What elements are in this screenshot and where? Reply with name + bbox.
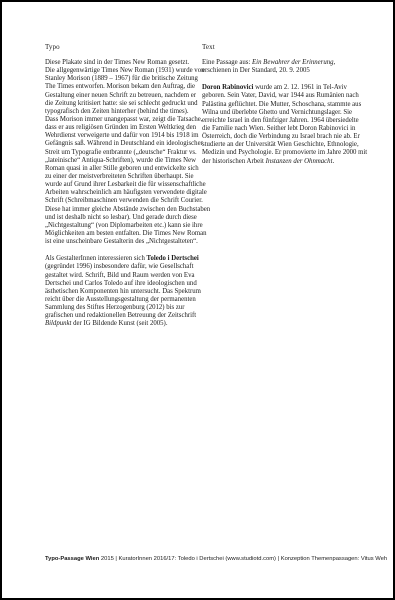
text-run: Diese Plakate sind in der Times New Roma… [45, 59, 189, 66]
text-run: studierte an der Universität Wien Geschi… [202, 141, 359, 148]
text-run: Gestaltung einer neuen Schrift zu betreu… [45, 92, 196, 99]
text-run: erreichte Israel in den fünfziger Jahren… [202, 117, 359, 124]
text-line: Diese hat immer gleiche Abstände zwische… [45, 206, 197, 214]
text-run: reicht über die Ausstellungsgestaltung d… [45, 296, 196, 303]
text-run: Diese hat immer gleiche Abstände zwische… [45, 206, 210, 213]
text-line: Österreich, doch die Verbindung zu Israe… [202, 133, 362, 141]
text-paragraph-1: Eine Passage aus: Ein Bewahrer der Erinn… [202, 59, 362, 75]
text-line: Diese Plakate sind in der Times New Roma… [45, 59, 197, 67]
text-line: Eine Passage aus: Ein Bewahrer der Erinn… [202, 59, 362, 67]
text-line: Dertschei und Carlos Toledo auf ihre ide… [45, 280, 197, 288]
text-run: Bildpunkt [45, 320, 71, 327]
text-line: Dass Morison immer unangepasst war, zeig… [45, 116, 197, 124]
text-run: . [332, 158, 334, 165]
text-run: grafischen und redaktionellen Betreuung … [45, 312, 196, 319]
text-line: Stanley Morison (1889 – 1967) für die br… [45, 75, 197, 83]
text-line: Wehrdienst verweigerte und dafür von 191… [45, 132, 197, 140]
left-column-header: Typo [45, 43, 197, 51]
right-column: Text Eine Passage aus: Ein Bewahrer der … [202, 43, 362, 166]
text-line: dass er aus religiösen Gründen im Ersten… [45, 124, 197, 132]
text-run: Doron Rabinovici [202, 84, 253, 91]
text-line: Doron Rabinovici wurde am 2. 12. 1961 in… [202, 84, 362, 92]
text-run: „Nichtgestaltung“ (von Diplomarbeiten et… [45, 222, 203, 229]
text-run: Instanzen der Ohnmacht [266, 158, 333, 165]
text-run: Eine Passage aus: [202, 59, 252, 66]
text-run: zu einer der meistverbreiteten Schriften… [45, 173, 194, 180]
footer-credits: Typo-Passage Wien 2015 | KuratorInnen 20… [45, 556, 387, 563]
text-line: und ist deshalb nicht so lesbar). Und ge… [45, 214, 197, 222]
text-run: Wilna und überlebte Ghetto und Vernichtu… [202, 109, 352, 116]
text-line: wurde auf Grund ihrer Lesbarkeit die für… [45, 181, 197, 189]
text-run: die Familie nach Wien. Seither lebt Doro… [202, 125, 355, 132]
text-line: die Zeitung kritisiert hatte: sie sei sc… [45, 100, 197, 108]
text-run: die Zeitung kritisiert hatte: sie sei sc… [45, 100, 198, 107]
right-column-header: Text [202, 43, 362, 51]
text-run: Ein Bewahrer der Erinnerung [252, 59, 334, 66]
text-line: Gestaltung einer neuen Schrift zu betreu… [45, 92, 197, 100]
text-run: (gegründet 1996) insbesondere dafür, wie… [45, 263, 193, 270]
document-page: Typo Diese Plakate sind in der Times New… [0, 0, 395, 600]
text-line: Palästina geflüchtet. Die Mutter, Schosc… [202, 101, 362, 109]
text-run: Roman quasi in aller Stille geboren und … [45, 165, 199, 172]
text-paragraph-2: Doron Rabinovici wurde am 2. 12. 1961 in… [202, 84, 362, 165]
text-line: gestaltet wird. Schrift, Bild und Raum w… [45, 272, 197, 280]
text-run: Sammlung des Stiftes Herzogenburg (2012)… [45, 304, 185, 311]
text-run: wurde am 2. 12. 1961 in Tel-Aviv [253, 84, 346, 91]
text-run: erschienen in Der Standard, 20. 9. 2005 [202, 67, 310, 74]
text-line: grafischen und redaktionellen Betreuung … [45, 312, 197, 320]
text-run: Österreich, doch die Verbindung zu Israe… [202, 133, 360, 140]
text-line: The Times entworfen. Morison bekam den A… [45, 83, 197, 91]
text-run: wurde auf Grund ihrer Lesbarkeit die für… [45, 181, 206, 188]
text-line: (gegründet 1996) insbesondere dafür, wie… [45, 263, 197, 271]
text-run: 2015 | KuratorInnen 2016/17: Toledo i De… [99, 556, 387, 562]
text-line: Roman quasi in aller Stille geboren und … [45, 165, 197, 173]
text-run: dass er aus religiösen Gründen im Ersten… [45, 124, 196, 131]
left-column: Typo Diese Plakate sind in der Times New… [45, 43, 197, 329]
text-run: , [334, 59, 336, 66]
text-line: erreichte Israel in den fünfziger Jahren… [202, 117, 362, 125]
text-line: Schrift (Schreibmaschinen verwenden die … [45, 197, 197, 205]
text-line: Streit um Typografie entbrannte („deutsc… [45, 149, 197, 157]
text-run: „lateinische“ Antiqua-Schriften), wurde … [45, 157, 196, 164]
text-run: Palästina geflüchtet. Die Mutter, Schosc… [202, 101, 361, 108]
text-line: zu einer der meistverbreiteten Schriften… [45, 173, 197, 181]
text-run: gestaltet wird. Schrift, Bild und Raum w… [45, 272, 195, 279]
text-run: Typo-Passage Wien [45, 556, 99, 562]
text-run: Toledo i Dertschei [147, 255, 199, 262]
text-line: Arbeiten wahrscheinlich am häufigsten ve… [45, 189, 197, 197]
text-line: Als GestalterInnen interessieren sich To… [45, 255, 197, 263]
text-run: Arbeiten wahrscheinlich am häufigsten ve… [45, 189, 207, 196]
text-run: Wehrdienst verweigerte und dafür von 191… [45, 132, 198, 139]
text-run: The Times entworfen. Morison bekam den A… [45, 83, 195, 90]
text-run: Dass Morison immer unangepasst war, zeig… [45, 116, 203, 123]
text-run: und ist deshalb nicht so lesbar). Und ge… [45, 214, 197, 221]
text-line: der historischen Arbeit Instanzen der Oh… [202, 158, 362, 166]
text-line: typografisch den Zeiten hinterher (behin… [45, 108, 197, 116]
text-run: Medizin und Psychologie. Er promovierte … [202, 149, 367, 156]
text-line: Bildpunkt der IG Bildende Kunst (seit 20… [45, 320, 197, 328]
text-run: Stanley Morison (1889 – 1967) für die br… [45, 75, 198, 82]
text-run: ästhetischen Komponenten hin untersucht.… [45, 288, 201, 295]
typo-paragraph-1: Diese Plakate sind in der Times New Roma… [45, 59, 197, 246]
text-line: „lateinische“ Antiqua-Schriften), wurde … [45, 157, 197, 165]
text-line: „Nichtgestaltung“ (von Diplomarbeiten et… [45, 222, 197, 230]
text-line: Sammlung des Stiftes Herzogenburg (2012)… [45, 304, 197, 312]
text-run: der IG Bildende Kunst (seit 2005). [71, 320, 167, 327]
text-line: studierte an der Universität Wien Geschi… [202, 141, 362, 149]
text-run: Gefängnis saß. Während in Deutschland ei… [45, 140, 203, 147]
text-run: geboren. Sein Vater, David, war 1944 aus… [202, 92, 359, 99]
text-line: reicht über die Ausstellungsgestaltung d… [45, 296, 197, 304]
text-line: ästhetischen Komponenten hin untersucht.… [45, 288, 197, 296]
text-line: Medizin und Psychologie. Er promovierte … [202, 149, 362, 157]
text-run: Dertschei und Carlos Toledo auf ihre ide… [45, 280, 197, 287]
text-run: Als GestalterInnen interessieren sich [45, 255, 147, 262]
text-line: Wilna und überlebte Ghetto und Vernichtu… [202, 109, 362, 117]
text-run: der historischen Arbeit [202, 158, 266, 165]
text-run: ist eine unscheinbare Gestalterin des „N… [45, 238, 198, 245]
text-line: Gefängnis saß. Während in Deutschland ei… [45, 140, 197, 148]
text-run: typografisch den Zeiten hinterher (behin… [45, 108, 189, 115]
text-run: Schrift (Schreibmaschinen verwenden die … [45, 197, 203, 204]
text-line: erschienen in Der Standard, 20. 9. 2005 [202, 67, 362, 75]
text-run: Die allgegenwärtige Times New Roman (193… [45, 67, 205, 74]
text-run: Streit um Typografie entbrannte („deutsc… [45, 149, 197, 156]
text-line: Die allgegenwärtige Times New Roman (193… [45, 67, 197, 75]
text-run: Möglichkeiten am besten entfalten. Die T… [45, 230, 207, 237]
text-line: geboren. Sein Vater, David, war 1944 aus… [202, 92, 362, 100]
text-line: ist eine unscheinbare Gestalterin des „N… [45, 238, 197, 246]
text-line: Möglichkeiten am besten entfalten. Die T… [45, 230, 197, 238]
typo-paragraph-2: Als GestalterInnen interessieren sich To… [45, 255, 197, 328]
text-line: die Familie nach Wien. Seither lebt Doro… [202, 125, 362, 133]
